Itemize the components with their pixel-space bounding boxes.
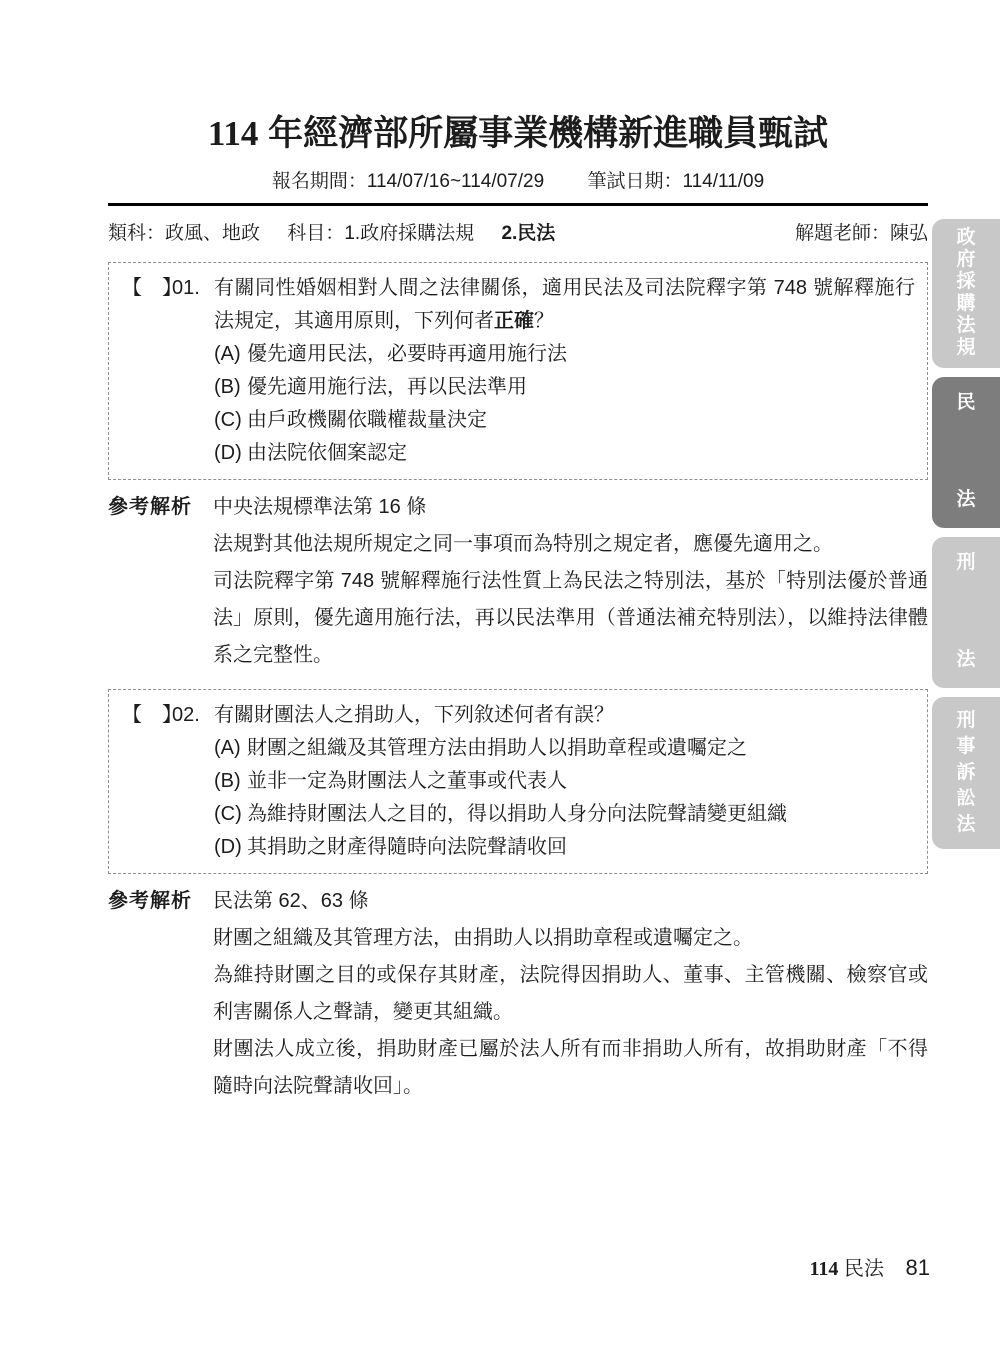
analysis-paragraph: 中央法規標準法第 16 條 bbox=[213, 489, 928, 526]
category-subjects: 類科：政風、地政 科目：1.政府採購法規 2.民法 bbox=[108, 221, 555, 247]
tab-criminal-procedure-law: 刑事訴訟法 bbox=[932, 697, 1000, 849]
option-label: (C) bbox=[214, 798, 247, 831]
analysis-body: 中央法規標準法第 16 條 法規對其他法規所規定之同一事項而為特別之規定者，應優… bbox=[213, 489, 928, 674]
exam-dates-line: 報名期間：114/07/16~114/07/29 筆試日期：114/11/09 bbox=[108, 166, 928, 193]
subject-2: 2.民法 bbox=[501, 223, 555, 244]
page-footer: 114 民法 81 bbox=[809, 1252, 930, 1281]
exam-info-row: 類科：政風、地政 科目：1.政府採購法規 2.民法 解題老師：陳弘 bbox=[108, 221, 928, 247]
option-text: 由戶政機關依職權裁量決定 bbox=[247, 404, 915, 437]
option-text: 其捐助之財產得隨時向法院聲請收回 bbox=[247, 831, 915, 864]
analysis-label: 參考解析 bbox=[108, 883, 213, 1105]
question-number: 02. bbox=[172, 699, 214, 732]
question-box-1: 【 】 01. 有關同性婚姻相對人間之法律關係，適用民法及司法院釋字第 748 … bbox=[108, 262, 928, 480]
option-text: 由法院依個案認定 bbox=[247, 437, 915, 470]
option-d: (D) 其捐助之財產得隨時向法院聲請收回 bbox=[214, 831, 915, 864]
option-label: (A) bbox=[214, 732, 247, 765]
analysis-paragraph: 司法院釋字第 748 號解釋施行法性質上為民法之特別法，基於「特別法優於普通法」… bbox=[213, 563, 928, 674]
answer-bracket: 【 】 bbox=[122, 272, 172, 305]
written-exam-date: 筆試日期：114/11/09 bbox=[587, 171, 764, 192]
question-stem: 有關同性婚姻相對人間之法律關係，適用民法及司法院釋字第 748 號解釋施行法規定… bbox=[214, 277, 915, 332]
subject-1: 1.政府採購法規 bbox=[344, 223, 474, 244]
title-year: 114 bbox=[208, 114, 259, 153]
page-number: 81 bbox=[906, 1255, 930, 1280]
option-text: 優先適用民法，必要時再適用施行法 bbox=[247, 338, 915, 371]
page-title: 114 年經濟部所屬事業機構新進職員甄試 bbox=[108, 106, 928, 156]
option-c: (C) 為維持財團法人之目的，得以捐助人身分向法院聲請變更組織 bbox=[214, 798, 915, 831]
option-b: (B) 並非一定為財團法人之董事或代表人 bbox=[214, 765, 915, 798]
tab-criminal-law: 刑法 bbox=[932, 537, 1000, 688]
option-text: 為維持財團法人之目的，得以捐助人身分向法院聲請變更組織 bbox=[247, 798, 915, 831]
option-text: 財團之組織及其管理方法由捐助人以捐助章程或遺囑定之 bbox=[247, 732, 915, 765]
option-text: 優先適用施行法，再以民法準用 bbox=[247, 371, 915, 404]
question-stem-keyword: 正確 bbox=[494, 310, 534, 332]
teacher-label: 解題老師：陳弘 bbox=[795, 221, 928, 247]
option-d: (D) 由法院依個案認定 bbox=[214, 437, 915, 470]
subject-tab-sidebar: 政府採購法規 民法 刑法 刑事訴訟法 bbox=[930, 0, 1000, 1353]
scanned-exam-page: 114 年經濟部所屬事業機構新進職員甄試 報名期間：114/07/16~114/… bbox=[0, 0, 1000, 1353]
analysis-2: 參考解析 民法第 62、63 條 財團之組織及其管理方法，由捐助人以捐助章程或遺… bbox=[108, 883, 928, 1105]
category-label: 類科：政風、地政 bbox=[108, 223, 260, 244]
option-text: 並非一定為財團法人之董事或代表人 bbox=[247, 765, 915, 798]
option-label: (B) bbox=[214, 765, 247, 798]
option-label: (B) bbox=[214, 371, 247, 404]
question-body: 有關同性婚姻相對人間之法律關係，適用民法及司法院釋字第 748 號解釋施行法規定… bbox=[214, 272, 915, 470]
analysis-paragraph: 法規對其他法規所規定之同一事項而為特別之規定者，應優先適用之。 bbox=[213, 526, 928, 563]
analysis-paragraph: 民法第 62、63 條 bbox=[213, 883, 928, 920]
option-label: (D) bbox=[214, 831, 247, 864]
footer-subject: 民法 bbox=[844, 1258, 884, 1280]
question-stem: 有關財團法人之捐助人，下列敘述何者有誤？ bbox=[214, 704, 614, 726]
option-label: (C) bbox=[214, 404, 247, 437]
header-divider bbox=[108, 203, 928, 206]
analysis-paragraph: 為維持財團之目的或保存其財產，法院得因捐助人、董事、主管機關、檢察官或利害關係人… bbox=[213, 957, 928, 1031]
analysis-1: 參考解析 中央法規標準法第 16 條 法規對其他法規所規定之同一事項而為特別之規… bbox=[108, 489, 928, 674]
title-text: 年經濟部所屬事業機構新進職員甄試 bbox=[268, 114, 828, 153]
footer-year: 114 bbox=[809, 1258, 838, 1280]
question-box-2: 【 】 02. 有關財團法人之捐助人，下列敘述何者有誤？ (A) 財團之組織及其… bbox=[108, 689, 928, 874]
subject-label: 科目： bbox=[287, 223, 344, 244]
option-label: (A) bbox=[214, 338, 247, 371]
option-a: (A) 優先適用民法，必要時再適用施行法 bbox=[214, 338, 915, 371]
main-content: 114 年經濟部所屬事業機構新進職員甄試 報名期間：114/07/16~114/… bbox=[108, 0, 928, 1105]
question-body: 有關財團法人之捐助人，下列敘述何者有誤？ (A) 財團之組織及其管理方法由捐助人… bbox=[214, 699, 915, 864]
option-label: (D) bbox=[214, 437, 247, 470]
registration-period: 報名期間：114/07/16~114/07/29 bbox=[272, 171, 544, 192]
analysis-paragraph: 財團之組織及其管理方法，由捐助人以捐助章程或遺囑定之。 bbox=[213, 920, 928, 957]
analysis-paragraph: 財團法人成立後，捐助財產已屬於法人所有而非捐助人所有，故捐助財產「不得隨時向法院… bbox=[213, 1031, 928, 1105]
analysis-label: 參考解析 bbox=[108, 489, 213, 674]
question-stem-end: ？ bbox=[534, 310, 554, 332]
question-2: 【 】 02. 有關財團法人之捐助人，下列敘述何者有誤？ (A) 財團之組織及其… bbox=[122, 699, 915, 864]
question-1: 【 】 01. 有關同性婚姻相對人間之法律關係，適用民法及司法院釋字第 748 … bbox=[122, 272, 915, 470]
option-a: (A) 財團之組織及其管理方法由捐助人以捐助章程或遺囑定之 bbox=[214, 732, 915, 765]
tab-civil-law: 民法 bbox=[932, 377, 1000, 528]
question-number: 01. bbox=[172, 272, 214, 305]
option-c: (C) 由戶政機關依職權裁量決定 bbox=[214, 404, 915, 437]
tab-government-procurement-law: 政府採購法規 bbox=[932, 219, 1000, 368]
analysis-body: 民法第 62、63 條 財團之組織及其管理方法，由捐助人以捐助章程或遺囑定之。 … bbox=[213, 883, 928, 1105]
option-b: (B) 優先適用施行法，再以民法準用 bbox=[214, 371, 915, 404]
answer-bracket: 【 】 bbox=[122, 699, 172, 732]
